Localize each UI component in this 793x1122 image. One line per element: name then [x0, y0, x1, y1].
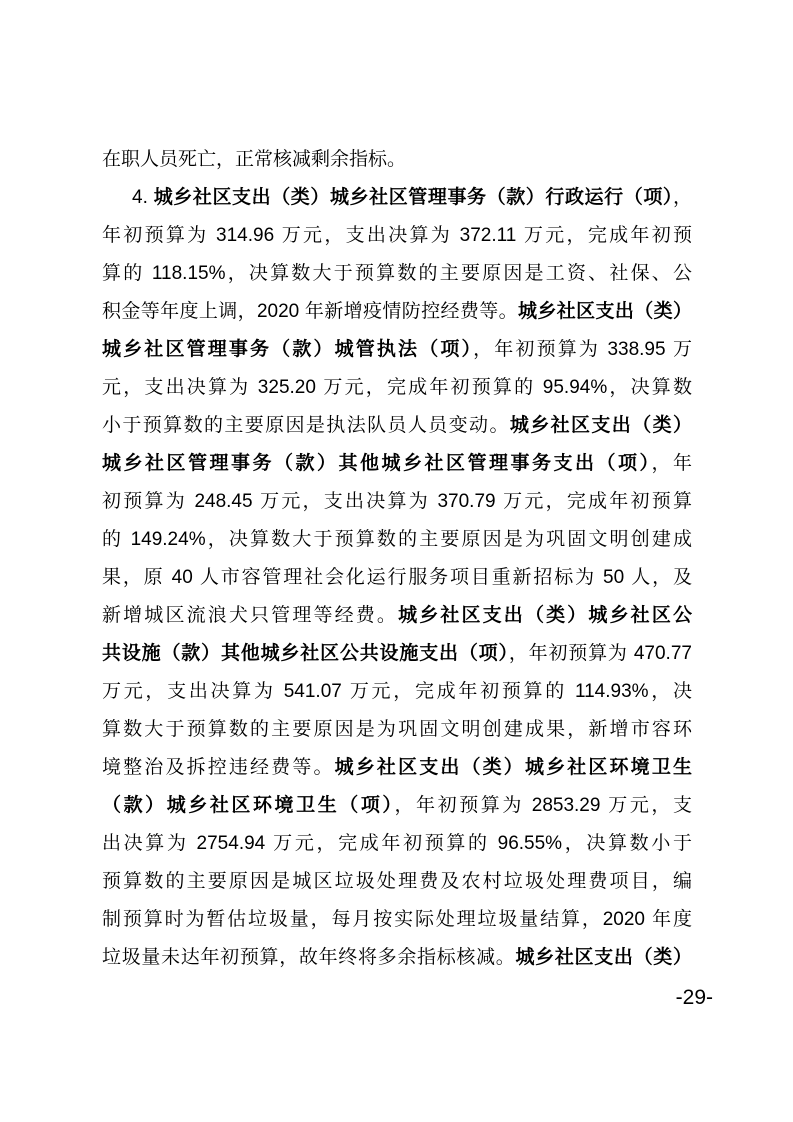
text-segment: 年初预算为 314.96 万元，支出决算为 372.11 万元，完成年初预	[102, 225, 692, 246]
text-line: 城乡社区管理事务（款）其他城乡社区管理事务支出（项），年	[102, 445, 692, 483]
bold-text-segment: （款）城乡社区环境卫生（项）	[102, 795, 394, 816]
text-line: 预算数的主要原因是城区垃圾处理费及农村垃圾处理费项目，编	[102, 863, 692, 901]
text-segment: 制预算时为暂估垃圾量，每月按实际处理垃圾量结算，2020 年度	[102, 909, 692, 930]
text-segment: 预算数的主要原因是城区垃圾处理费及农村垃圾处理费项目，编	[102, 871, 692, 892]
bold-text-segment: 城乡社区支出（类）	[510, 415, 692, 436]
bold-text-segment: 城乡社区支出（类）城乡社区公	[398, 605, 692, 626]
text-segment: 积金等年度上调，2020 年新增疫情防控经费等。	[102, 301, 518, 322]
text-segment: 算数大于预算数的主要原因是为巩固文明创建成果，新增市容环	[102, 719, 692, 740]
text-line: （款）城乡社区环境卫生（项），年初预算为 2853.29 万元，支	[102, 787, 692, 825]
text-segment: ，年初预算为 338.95 万	[473, 339, 692, 360]
bold-text-segment: 城乡社区管理事务（款）其他城乡社区管理事务支出（项）	[102, 453, 651, 474]
text-line: 新增城区流浪犬只管理等经费。城乡社区支出（类）城乡社区公	[102, 597, 692, 635]
bold-text-segment: 城乡社区支出（类）城乡社区管理事务（款）行政运行（项）	[154, 187, 673, 208]
text-line: 元，支出决算为 325.20 万元，完成年初预算的 95.94%，决算数	[102, 369, 692, 407]
text-segment: 元，支出决算为 325.20 万元，完成年初预算的 95.94%，决算数	[102, 377, 692, 398]
text-segment: 算的 118.15%，决算数大于预算数的主要原因是工资、社保、公	[102, 263, 692, 284]
text-line: 果，原 40 人市容管理社会化运行服务项目重新招标为 50 人，及	[102, 559, 692, 597]
text-segment: ，	[673, 187, 692, 208]
text-segment: 垃圾量未达年初预算，故年终将多余指标核减。	[102, 947, 515, 968]
bold-text-segment: 共设施（款）其他城乡社区公共设施支出（项）	[102, 643, 509, 664]
bold-text-segment: 城乡社区支出（类）	[515, 947, 692, 968]
text-line: 出决算为 2754.94 万元，完成年初预算的 96.55%，决算数小于	[102, 825, 692, 863]
text-segment: 万元，支出决算为 541.07 万元，完成年初预算的 114.93%，决	[102, 681, 692, 702]
text-line: 共设施（款）其他城乡社区公共设施支出（项），年初预算为 470.77	[102, 635, 692, 673]
text-segment: ，年初预算为 470.77	[509, 643, 692, 664]
text-segment: 果，原 40 人市容管理社会化运行服务项目重新招标为 50 人，及	[102, 567, 692, 588]
text-segment: ，年	[651, 453, 692, 474]
text-segment: 境整治及拆控违经费等。	[102, 757, 335, 778]
text-line: 4. 城乡社区支出（类）城乡社区管理事务（款）行政运行（项），	[102, 179, 692, 217]
text-segment: 小于预算数的主要原因是执法队员人员变动。	[102, 415, 510, 436]
text-line: 制预算时为暂估垃圾量，每月按实际处理垃圾量结算，2020 年度	[102, 901, 692, 939]
text-segment: 初预算为 248.45 万元，支出决算为 370.79 万元，完成年初预算	[102, 491, 692, 512]
text-segment: ，年初预算为 2853.29 万元，支	[394, 795, 692, 816]
text-line: 垃圾量未达年初预算，故年终将多余指标核减。城乡社区支出（类）	[102, 939, 692, 977]
text-line: 城乡社区管理事务（款）城管执法（项），年初预算为 338.95 万	[102, 331, 692, 369]
text-line: 小于预算数的主要原因是执法队员人员变动。城乡社区支出（类）	[102, 407, 692, 445]
text-line: 年初预算为 314.96 万元，支出决算为 372.11 万元，完成年初预	[102, 217, 692, 255]
text-line: 万元，支出决算为 541.07 万元，完成年初预算的 114.93%，决	[102, 673, 692, 711]
text-line: 积金等年度上调，2020 年新增疫情防控经费等。城乡社区支出（类）	[102, 293, 692, 331]
text-segment: 4.	[132, 187, 154, 208]
text-line: 算的 118.15%，决算数大于预算数的主要原因是工资、社保、公	[102, 255, 692, 293]
text-segment: 在职人员死亡，正常核减剩余指标。	[102, 149, 406, 170]
text-segment: 出决算为 2754.94 万元，完成年初预算的 96.55%，决算数小于	[102, 833, 692, 854]
bold-text-segment: 城乡社区支出（类）	[518, 301, 692, 322]
text-line: 境整治及拆控违经费等。城乡社区支出（类）城乡社区环境卫生	[102, 749, 692, 787]
document-page: 在职人员死亡，正常核减剩余指标。4. 城乡社区支出（类）城乡社区管理事务（款）行…	[0, 0, 793, 1122]
text-line: 在职人员死亡，正常核减剩余指标。	[102, 141, 692, 179]
text-line: 算数大于预算数的主要原因是为巩固文明创建成果，新增市容环	[102, 711, 692, 749]
text-line: 的 149.24%，决算数大于预算数的主要原因是为巩固文明创建成	[102, 521, 692, 559]
page-number: -29-	[676, 984, 713, 1012]
bold-text-segment: 城乡社区支出（类）城乡社区环境卫生	[335, 757, 692, 778]
text-segment: 新增城区流浪犬只管理等经费。	[102, 605, 398, 626]
text-block: 在职人员死亡，正常核减剩余指标。4. 城乡社区支出（类）城乡社区管理事务（款）行…	[102, 141, 692, 977]
text-line: 初预算为 248.45 万元，支出决算为 370.79 万元，完成年初预算	[102, 483, 692, 521]
bold-text-segment: 城乡社区管理事务（款）城管执法（项）	[102, 339, 473, 360]
text-segment: 的 149.24%，决算数大于预算数的主要原因是为巩固文明创建成	[102, 529, 692, 550]
